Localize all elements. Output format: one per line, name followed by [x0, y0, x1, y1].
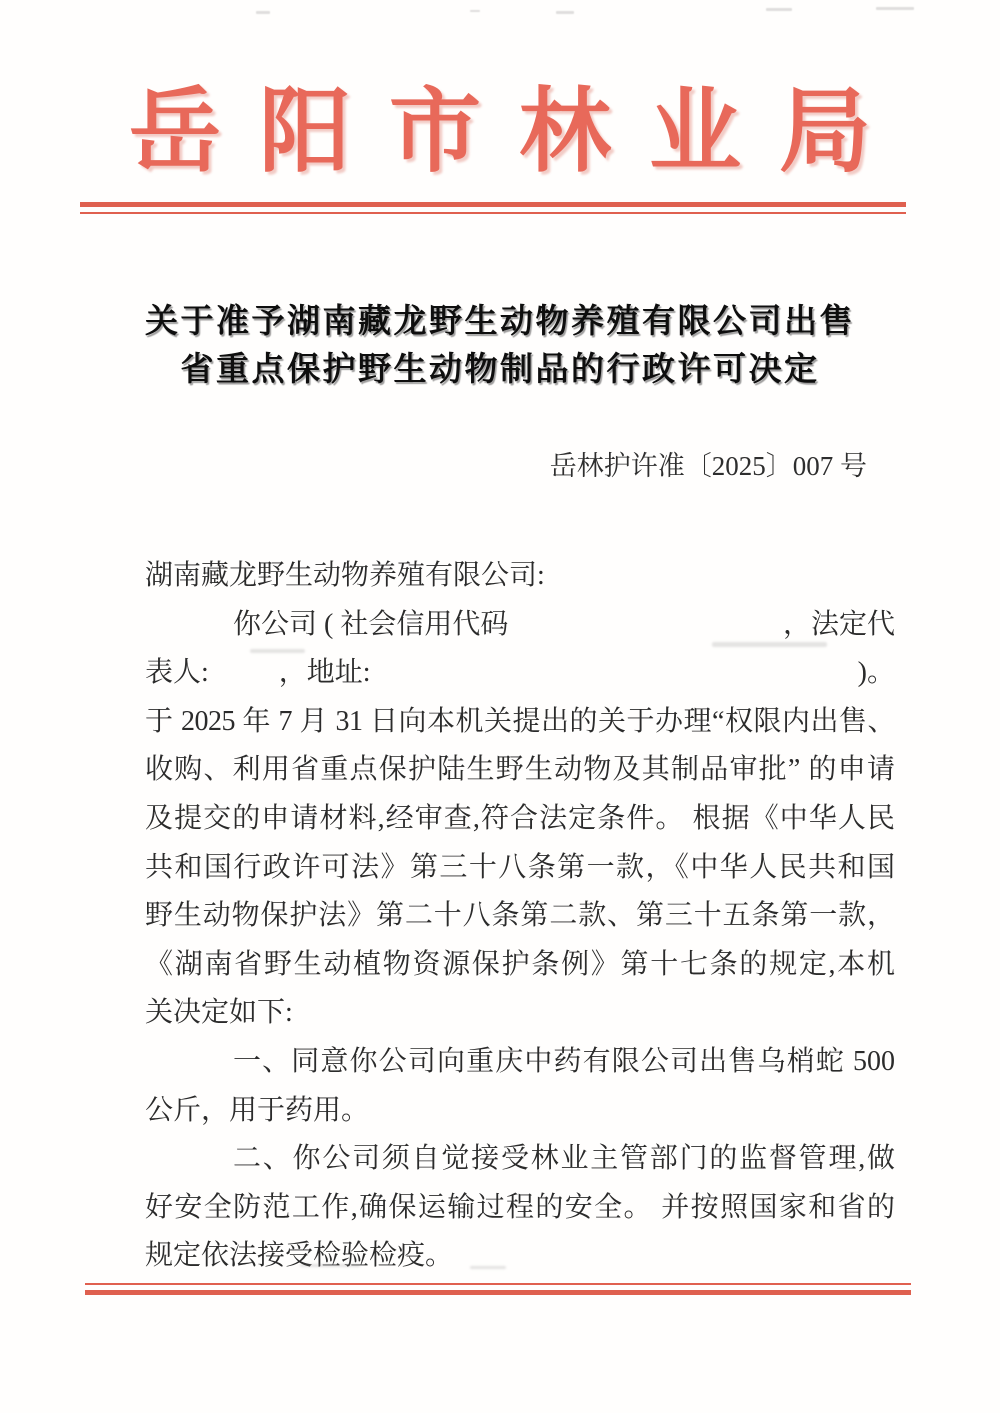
decision-item-2-line-2: 好安全防范工作,确保运输过程的安全。 并按照国家和省的: [145, 1184, 895, 1233]
company-info-right: ，法定代: [783, 601, 895, 650]
document-title-line2: 省重点保护野生动物制品的行政许可决定: [0, 346, 1000, 394]
body-line: 共和国行政许可法》第三十八条第一款，《中华人民共和国: [145, 844, 895, 893]
body-line: 及提交的申请材料,经审查,符合法定条件。 根据《中华人民: [145, 795, 895, 844]
document-title: 关于准予湖南藏龙野生动物养殖有限公司出售 省重点保护野生动物制品的行政许可决定: [0, 298, 1000, 394]
document-title-line1: 关于准予湖南藏龙野生动物养殖有限公司出售: [0, 298, 1000, 346]
decision-item-2-line-3: 规定依法接受检验检疫。: [145, 1232, 895, 1281]
body-line: 关决定如下:: [145, 989, 895, 1038]
document-number: 岳林护许准〔2025〕007 号: [145, 450, 895, 482]
decision-item-1-line-1: 一、同意你公司向重庆中药有限公司出售乌梢蛇 500: [145, 1038, 895, 1087]
body-line: 于 2025 年 7 月 31 日向本机关提出的关于办理“权限内出售、: [145, 698, 895, 747]
body-line: 《湖南省野生动植物资源保护条例》第十七条的规定,本机: [145, 941, 895, 990]
body-line: 收购、利用省重点保护陆生野生动物及其制品审批” 的申请: [145, 746, 895, 795]
decision-item-1-line-2: 公斤，用于药用。: [145, 1087, 895, 1136]
decision-item-2-line-1: 二、你公司须自觉接受林业主管部门的监督管理,做: [145, 1135, 895, 1184]
footer-divider: [85, 1283, 911, 1295]
header-divider: [80, 202, 906, 214]
agency-title: 岳阳市林业局: [0, 0, 1000, 178]
closing-paren: )。: [858, 649, 895, 698]
recipient-line: 湖南藏龙野生动物养殖有限公司:: [145, 552, 895, 601]
scanned-document-page: 岳阳市林业局 关于准予湖南藏龙野生动物养殖有限公司出售 省重点保护野生动物制品的…: [0, 0, 1000, 1413]
company-info-line-1: 你公司 ( 社会信用代码 ，法定代: [145, 601, 895, 650]
address-label: ，地址:: [279, 649, 371, 698]
company-info-line-2: 表人: ，地址: )。: [145, 649, 895, 698]
body-line: 野生动物保护法》第二十八条第二款、第三十五条第一款，: [145, 892, 895, 941]
legal-rep-label: 表人:: [145, 649, 209, 698]
company-info-left: 你公司 ( 社会信用代码: [233, 601, 508, 650]
document-body: 湖南藏龙野生动物养殖有限公司: 你公司 ( 社会信用代码 ，法定代 表人: ，地…: [145, 552, 895, 1281]
